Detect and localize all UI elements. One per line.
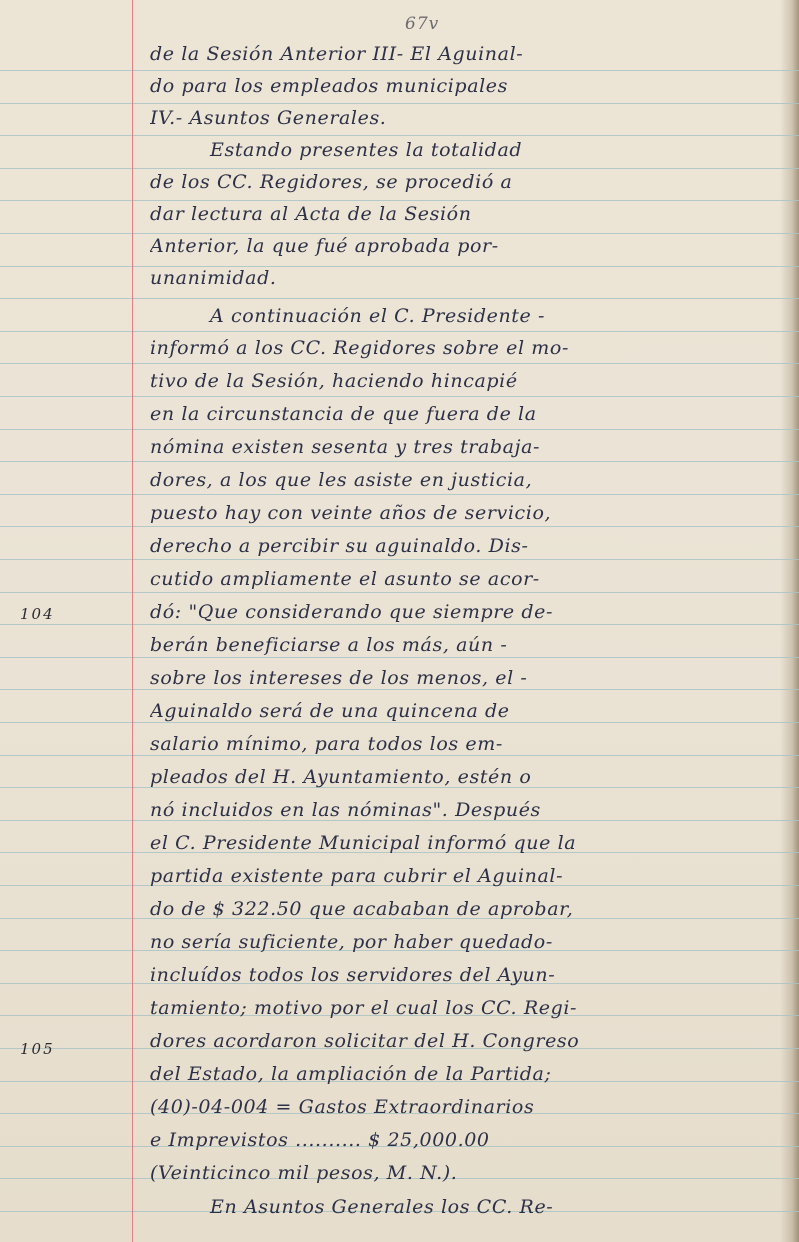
text-line: (40)-04-004 = Gastos Extraordinarios (150, 1093, 790, 1121)
text-line: sobre los intereses de los menos, el - (150, 664, 790, 692)
paragraph-start-line: A continuación el C. Presidente - (150, 302, 799, 330)
text-line: informó a los CC. Regidores sobre el mo- (150, 334, 790, 362)
paragraph-start-line: En Asuntos Generales los CC. Re- (150, 1193, 799, 1221)
ruled-line (0, 494, 799, 495)
text-line: de la Sesión Anterior III- El Aguinal- (150, 40, 790, 68)
text-line: en la circunstancia de que fuera de la (150, 400, 790, 428)
ruled-line (0, 429, 799, 430)
text-line: (Veinticinco mil pesos, M. N.). (150, 1159, 790, 1187)
text-line: el C. Presidente Municipal informó que l… (150, 829, 790, 857)
text-line: dores acordaron solicitar del H. Congres… (150, 1027, 790, 1055)
text-line: tamiento; motivo por el cual los CC. Reg… (150, 994, 790, 1022)
text-line: Aguinaldo será de una quincena de (150, 697, 790, 725)
margin-note-105: 105 (20, 1040, 55, 1058)
text-line: Anterior, la que fué aprobada por- (150, 232, 790, 260)
text-line: no sería suficiente, por haber quedado- (150, 928, 790, 956)
text-line: partida existente para cubrir el Aguinal… (150, 862, 790, 890)
ruled-line (0, 461, 799, 462)
text-line: do para los empleados municipales (150, 72, 790, 100)
text-line: berán beneficiarse a los más, aún - (150, 631, 790, 659)
margin-note-104: 104 (20, 605, 55, 623)
ruled-line (0, 331, 799, 332)
ruled-line (0, 70, 799, 71)
text-line: unanimidad. (150, 264, 790, 292)
paragraph-start-line: Estando presentes la totalidad (150, 136, 799, 164)
text-line: do de $ 322.50 que acababan de aprobar, (150, 895, 790, 923)
text-line: IV.- Asuntos Generales. (150, 104, 790, 132)
text-line: pleados del H. Ayuntamiento, estén o (150, 763, 790, 791)
text-line: dores, a los que les asiste en justicia, (150, 466, 790, 494)
text-line: tivo de la Sesión, haciendo hincapié (150, 367, 790, 395)
text-line: e Imprevistos .......... $ 25,000.00 (150, 1126, 790, 1154)
ledger-page: 67v 104 105 de la Sesión Anterior III- E… (0, 0, 799, 1242)
red-margin-line (132, 0, 133, 1242)
text-line: nó incluidos en las nóminas". Después (150, 796, 790, 824)
text-line: dó: "Que considerando que siempre de- (150, 598, 790, 626)
ruled-line (0, 396, 799, 397)
text-line: del Estado, la ampliación de la Partida; (150, 1060, 790, 1088)
folio-number: 67v (405, 14, 439, 34)
text-line: incluídos todos los servidores del Ayun- (150, 961, 790, 989)
text-line: salario mínimo, para todos los em- (150, 730, 790, 758)
text-line: puesto hay con veinte años de servicio, (150, 499, 790, 527)
text-line: de los CC. Regidores, se procedió a (150, 168, 790, 196)
text-line: derecho a percibir su aguinaldo. Dis- (150, 532, 790, 560)
ruled-line (0, 298, 799, 299)
ruled-line (0, 363, 799, 364)
text-line: dar lectura al Acta de la Sesión (150, 200, 790, 228)
text-line: nómina existen sesenta y tres trabaja- (150, 433, 790, 461)
text-line: cutido ampliamente el asunto se acor- (150, 565, 790, 593)
